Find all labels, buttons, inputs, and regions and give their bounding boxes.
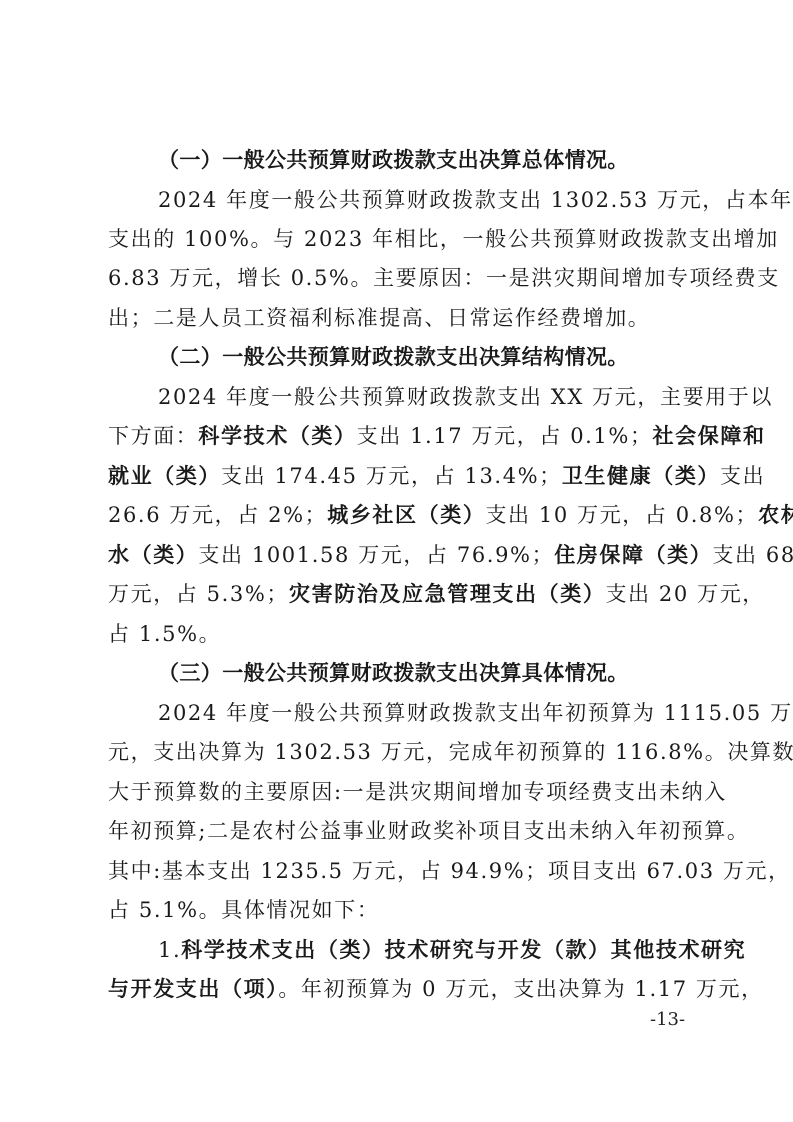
section-1-line-1: 2024 年度一般公共预算财政拨款支出 1302.53 万元，占本年	[158, 180, 692, 220]
category-social-security: 社会保障和	[653, 424, 766, 448]
section-2-line-4: 26.6 万元，占 2%；城乡社区（类）支出 10 万元，占 0.8%；农林	[108, 495, 692, 535]
text: 26.6 万元，占 2%；	[108, 503, 327, 527]
section-2-heading: （二）一般公共预算财政拨款支出决算结构情况。	[158, 337, 692, 377]
text: 支出 20 万元，	[605, 582, 764, 606]
category-social-security-cont: 就业（类）	[108, 464, 221, 488]
section-3-line-3: 大于预算数的主要原因:一是洪灾期间增加专项经费支出未纳入	[108, 772, 692, 812]
section-2-line-3: 就业（类）支出 174.45 万元，占 13.4%；卫生健康（类）支出	[108, 456, 692, 496]
section-3-line-6: 占 5.1%。具体情况如下：	[108, 890, 692, 930]
text: 支出 10 万元，占 0.8%；	[485, 503, 758, 527]
item-1-line-2: 与开发支出（项）。年初预算为 0 万元，支出决算为 1.17 万元，	[108, 969, 692, 1009]
text: 支出 1001.58 万元，占 76.9%；	[198, 543, 554, 567]
section-1-line-3: 6.83 万元，增长 0.5%。主要原因：一是洪灾期间增加专项经费支	[108, 258, 692, 298]
section-1-heading: （一）一般公共预算财政拨款支出决算总体情况。	[158, 140, 692, 180]
section-3-line-5: 其中:基本支出 1235.5 万元，占 94.9%；项目支出 67.03 万元，	[108, 851, 692, 891]
category-health: 卫生健康（类）	[562, 464, 720, 488]
text: 支出	[720, 464, 765, 488]
section-2-line-5: 水（类）支出 1001.58 万元，占 76.9%；住房保障（类）支出 68.7…	[108, 535, 692, 575]
category-agriculture-cont: 水（类）	[108, 543, 198, 567]
text: 支出 174.45 万元，占 13.4%；	[221, 464, 562, 488]
item-title: 科学技术支出（类）技术研究与开发（款）其他技术研究	[181, 938, 746, 962]
text: 下方面：	[108, 424, 198, 448]
section-2-line-1: 2024 年度一般公共预算财政拨款支出 XX 万元，主要用于以	[158, 377, 692, 417]
item-number: 1.	[158, 938, 181, 962]
page-number: -13-	[650, 1008, 685, 1032]
section-3-line-2: 元，支出决算为 1302.53 万元，完成年初预算的 116.8%。决算数	[108, 732, 692, 772]
item-title-cont: 与开发支出（项）	[108, 977, 278, 1001]
text: 万元，占 5.3%；	[108, 582, 289, 606]
section-2-line-6: 万元，占 5.3%；灾害防治及应急管理支出（类）支出 20 万元，	[108, 574, 692, 614]
document-page: （一）一般公共预算财政拨款支出决算总体情况。 2024 年度一般公共预算财政拨款…	[0, 0, 793, 1122]
text: 支出 1.17 万元，占 0.1%；	[357, 424, 653, 448]
section-1-line-2: 支出的 100%。与 2023 年相比，一般公共预算财政拨款支出增加	[108, 219, 692, 259]
category-agriculture: 农林	[758, 503, 793, 527]
section-3-line-1: 2024 年度一般公共预算财政拨款支出年初预算为 1115.05 万	[158, 693, 692, 733]
section-3-line-4: 年初预算;二是农村公益事业财政奖补项目支出未纳入年初预算。	[108, 811, 692, 851]
section-2-line-7: 占 1.5%。	[108, 614, 692, 654]
category-disaster: 灾害防治及应急管理支出（类）	[289, 582, 605, 606]
item-text: 。年初预算为 0 万元，支出决算为 1.17 万元，	[278, 977, 763, 1001]
item-1-line-1: 1.科学技术支出（类）技术研究与开发（款）其他技术研究	[158, 930, 692, 970]
category-housing: 住房保障（类）	[554, 543, 712, 567]
section-1-line-4: 出；二是人员工资福利标准提高、日常运作经费增加。	[108, 298, 692, 338]
text: 支出 68.74	[712, 543, 793, 567]
category-urban-rural: 城乡社区（类）	[327, 503, 485, 527]
category-science: 科学技术（类）	[198, 424, 356, 448]
section-2-line-2: 下方面：科学技术（类）支出 1.17 万元，占 0.1%；社会保障和	[108, 416, 692, 456]
section-3-heading: （三）一般公共预算财政拨款支出决算具体情况。	[158, 653, 692, 693]
